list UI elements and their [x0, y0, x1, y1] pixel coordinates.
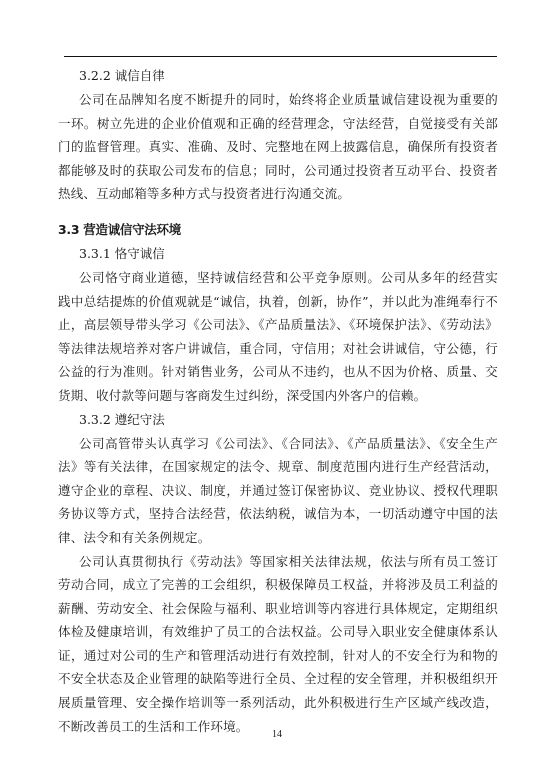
section-title-3-3: 3.3 营造诚信守法环境 — [58, 218, 498, 242]
section-heading-3-3-1: 3.3.1 恪守诚信 — [58, 242, 498, 266]
page-body: 3.2.2 诚信自律 公司在品牌知名度不断提升的同时，始终将企业质量诚信建设视为… — [58, 64, 498, 738]
header-rule — [64, 56, 497, 57]
paragraph: 公司认真贯彻执行《劳动法》等国家相关法律法规，依法与所有员工签订劳动合同，成立了… — [58, 550, 498, 739]
paragraph: 公司高管带头认真学习《公司法》、《合同法》、《产品质量法》、《安全生产法》等有关… — [58, 432, 498, 550]
paragraph: 公司恪守商业道德，坚持诚信经营和公平竞争原则。公司从多年的经营实践中总结提炼的价… — [58, 266, 498, 408]
section-heading-3-2-2: 3.2.2 诚信自律 — [58, 64, 498, 88]
paragraph: 公司在品牌知名度不断提升的同时，始终将企业质量诚信建设视为重要的一环。树立先进的… — [58, 88, 498, 206]
page-number: 14 — [0, 729, 554, 740]
section-heading-3-3-2: 3.3.2 遵纪守法 — [58, 408, 498, 432]
